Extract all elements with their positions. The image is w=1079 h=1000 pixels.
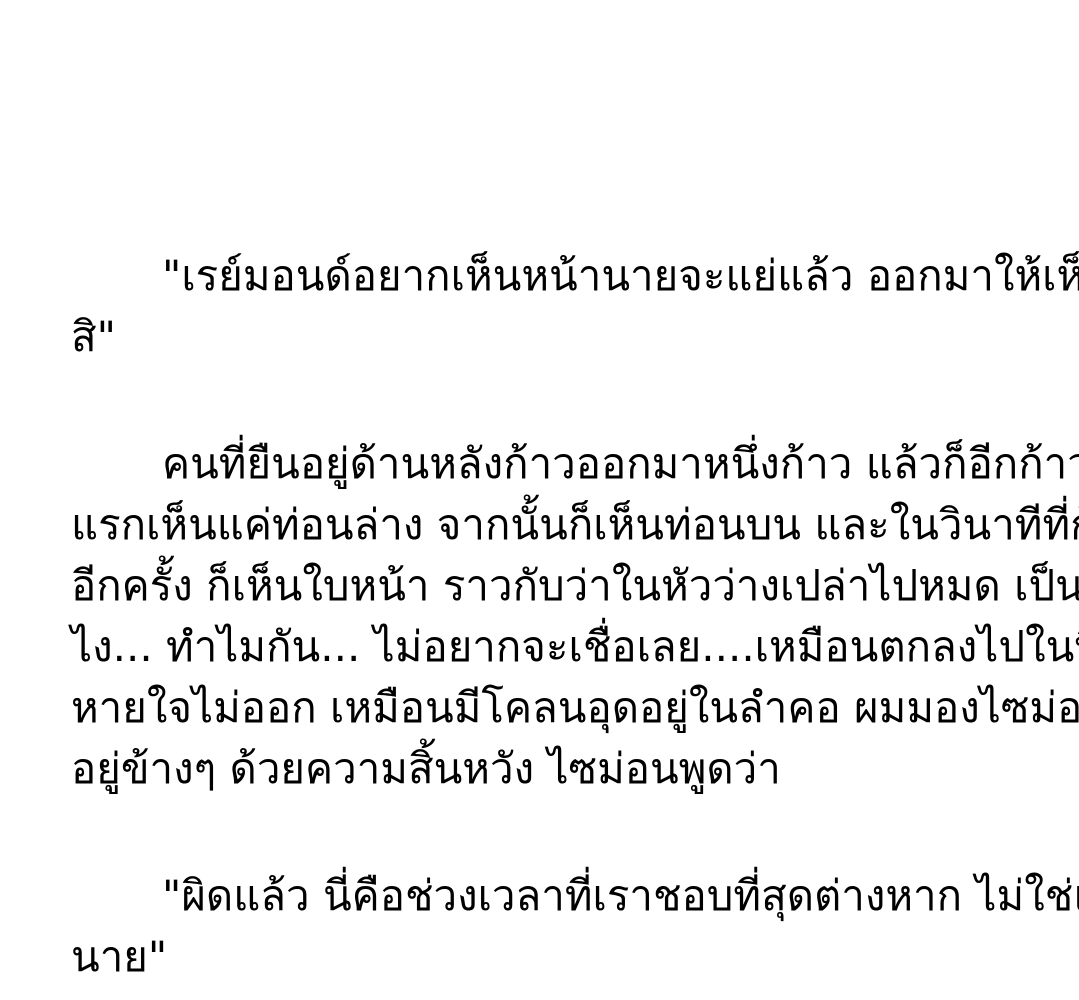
text-line: "เรย์มอนด์อยากเห็นหน้านายจะแย่แล้ว ออกมา… <box>71 245 1031 306</box>
text-line: คนที่ยืนอยู่ด้านหลังก้าวออกมาหนึ่งก้าว แ… <box>71 433 1031 494</box>
text-line: นาย" <box>71 926 1031 987</box>
reader-text-block: "เรย์มอนด์อยากเห็นหน้านายจะแย่แล้ว ออกมา… <box>71 245 1031 987</box>
text-line: ไง... ทำไมกัน... ไม่อยากจะเชื่อเลย....เห… <box>71 616 1031 677</box>
text-line: หายใจไม่ออก เหมือนมีโคลนอุดอยู่ในลำคอ ผม… <box>71 677 1031 738</box>
dialogue-paragraph-2: "ผิดแล้ว นี่คือช่วงเวลาที่เราชอบที่สุดต่… <box>71 865 1031 987</box>
dialogue-paragraph-1: "เรย์มอนด์อยากเห็นหน้านายจะแย่แล้ว ออกมา… <box>71 245 1031 367</box>
text-line: อยู่ข้างๆ ด้วยความสิ้นหวัง ไซม่อนพูดว่า <box>71 738 1031 799</box>
text-line: อีกครั้ง ก็เห็นใบหน้า ราวกับว่าในหัวว่าง… <box>71 555 1031 616</box>
text-line: "ผิดแล้ว นี่คือช่วงเวลาที่เราชอบที่สุดต่… <box>71 865 1031 926</box>
narration-paragraph: คนที่ยืนอยู่ด้านหลังก้าวออกมาหนึ่งก้าว แ… <box>71 433 1031 799</box>
text-line: สิ" <box>71 306 1031 367</box>
text-line: แรกเห็นแค่ท่อนล่าง จากนั้นก็เห็นท่อนบน แ… <box>71 494 1031 555</box>
